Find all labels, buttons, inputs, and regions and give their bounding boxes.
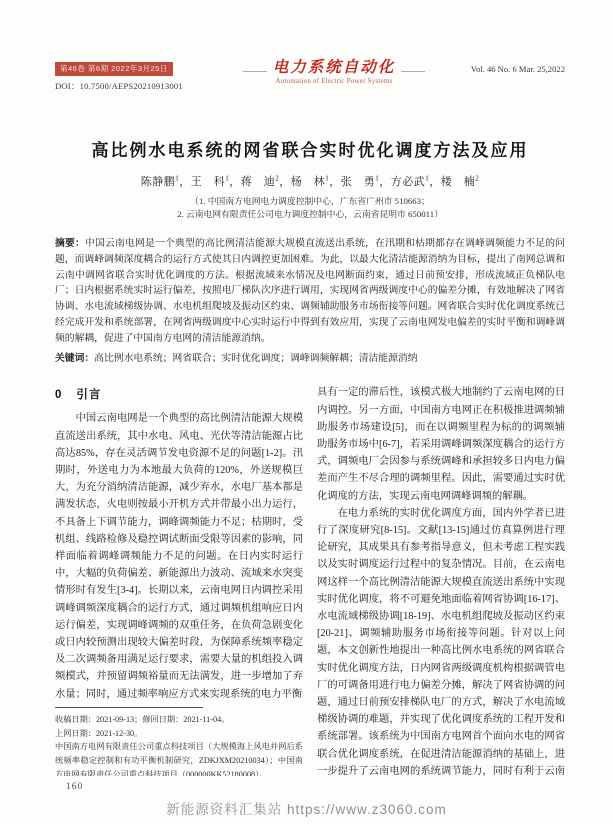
affiliation-line: （1. 中国南方电网电力调度控制中心，广东省广州市 510663； (55, 195, 565, 208)
body-paragraph: 在电力系统的实时优化调度方面，国内外学者已进行了深度研究[8-15]。文献[13… (317, 505, 565, 777)
body-paragraph: 中国云南电网是一个典型的高比例清洁能源大规模直流送出系统，其中水电、风电、光伏等… (55, 410, 303, 702)
left-column: 0引言 中国云南电网是一个典型的高比例清洁能源大规模直流送出系统，其中水电、风电… (55, 384, 303, 776)
section-number: 0 (55, 389, 62, 401)
author: 方必武1， (391, 176, 441, 188)
watermark: 新能源资料汇集站 https://www.z3060.com (0, 798, 613, 818)
author-name: 陈静鹏 (141, 176, 176, 188)
journal-header: 第46卷 第6期 2022年3月25日 DOI：10.7500/AEPS2021… (55, 58, 565, 92)
page-number: 160 (66, 782, 83, 792)
journal-name-cn: 电力系统自动化 (267, 59, 402, 77)
author-separator: ， (229, 176, 241, 188)
author-name: 张 勇 (341, 176, 376, 188)
author-superscript: 2 (475, 174, 479, 182)
author-separator: ， (179, 176, 191, 188)
authors-line: 陈静鹏1，王 科1，蒋 迪2，杨 林1，张 勇1，方必武1，楼 楠2 (55, 173, 565, 189)
article-title: 高比例水电系统的网省联合实时优化调度方法及应用 (55, 136, 565, 161)
volume-info: Vol. 46 No. 6 Mar. 25,2022 (425, 58, 565, 74)
author: 楼 楠2 (441, 176, 480, 188)
author-name: 楼 楠 (441, 176, 476, 188)
author-separator: ， (329, 176, 341, 188)
abstract-label: 摘要： (55, 238, 85, 249)
keywords-label: 关键词： (55, 353, 94, 364)
received-date-line: 收稿日期：2021-09-13；修回日期：2021-11-04。 (55, 713, 303, 727)
author-separator: ， (279, 176, 291, 188)
section-title: 引言 (76, 389, 101, 401)
body-paragraph: 具有一定的滞后性，该模式极大地制约了云南电网的日内调控。另一方面，中国南方电网正… (317, 384, 565, 504)
doi-text: DOI：10.7500/AEPS20210913001 (55, 80, 243, 92)
author: 张 勇1， (341, 176, 391, 188)
section-heading: 0引言 (55, 386, 303, 402)
author: 蒋 迪2， (241, 176, 291, 188)
online-date-line: 上网日期：2021-12-30。 (55, 727, 303, 741)
author-name: 蒋 迪 (241, 176, 276, 188)
keywords-text: 高比例水电系统；网省联合；实时优化调度；调峰调频解耦；清洁能源消纳 (94, 353, 417, 364)
footnote: 收稿日期：2021-09-13；修回日期：2021-11-04。 上网日期：20… (55, 703, 303, 777)
right-column: 具有一定的滞后性，该模式极大地制约了云南电网的日内调控。另一方面，中国南方电网正… (317, 384, 565, 776)
footnote-rule (55, 707, 203, 708)
keywords: 关键词：高比例水电系统；网省联合；实时优化调度；调峰调频解耦；清洁能源消纳 (55, 351, 565, 367)
header-left: 第46卷 第6期 2022年3月25日 DOI：10.7500/AEPS2021… (55, 58, 243, 92)
author: 陈静鹏1， (141, 176, 191, 188)
author-separator: ， (379, 176, 391, 188)
abstract: 摘要：中国云南电网是一个典型的高比例清洁能源大规模直流送出系统，在汛期和枯期都存… (55, 236, 565, 347)
body-columns: 0引言 中国云南电网是一个典型的高比例清洁能源大规模直流送出系统，其中水电、风电… (55, 384, 565, 776)
journal-name-en: Automation of Electric Power Systems (243, 78, 425, 85)
abstract-text: 中国云南电网是一个典型的高比例清洁能源大规模直流送出系统，在汛期和枯期都存在调峰… (55, 238, 565, 344)
paper-page: 第46卷 第6期 2022年3月25日 DOI：10.7500/AEPS2021… (0, 0, 613, 825)
issue-badge: 第46卷 第6期 2022年3月25日 (55, 62, 173, 76)
author-separator: ， (429, 176, 441, 188)
author-name: 方必武 (391, 176, 426, 188)
journal-logo: 电力系统自动化 Automation of Electric Power Sys… (243, 58, 425, 85)
author-name: 杨 林 (291, 176, 326, 188)
affiliations: （1. 中国南方电网电力调度控制中心，广东省广州市 510663； 2. 云南电… (55, 195, 565, 221)
funding-line: 中国南方电网有限责任公司重点科技项目（大规模海上风电并网后系统频率稳定控制和有功… (55, 740, 303, 776)
author-name: 王 科 (191, 176, 226, 188)
author: 王 科1， (191, 176, 241, 188)
author: 杨 林1， (291, 176, 341, 188)
affiliation-line: 2. 云南电网有限责任公司电力调度控制中心，云南省昆明市 650011） (55, 208, 565, 221)
